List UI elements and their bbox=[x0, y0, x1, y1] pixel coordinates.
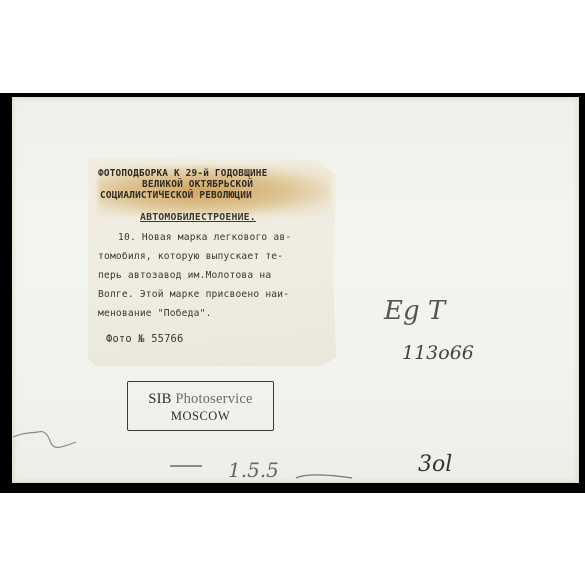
pencil-squiggle bbox=[13, 432, 76, 448]
pencil-marks bbox=[0, 0, 585, 585]
pencil-dash-right bbox=[296, 475, 352, 478]
